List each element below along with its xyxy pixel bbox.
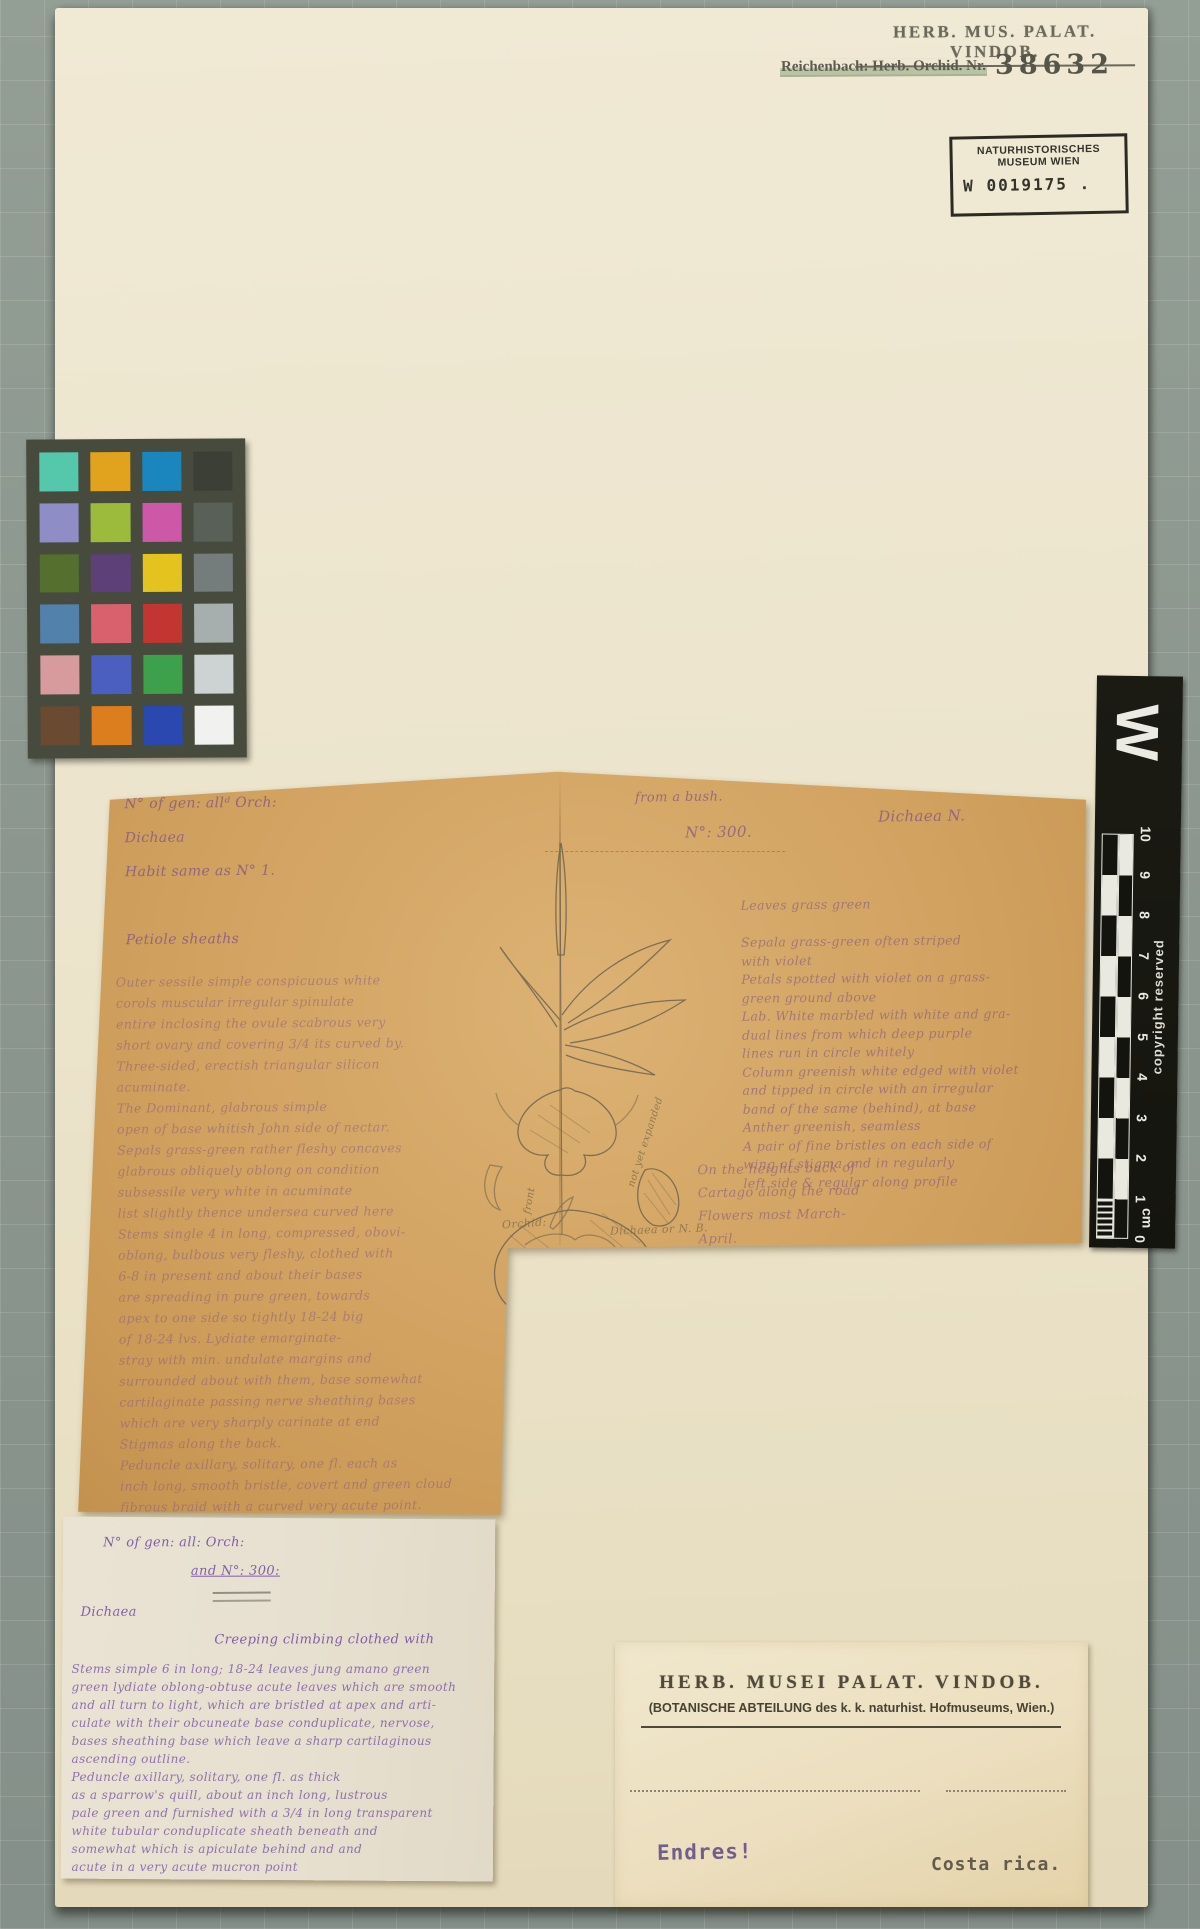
color-patch bbox=[39, 452, 78, 491]
tan-header-right: Dichaea N. bbox=[878, 806, 966, 825]
label-subtitle: (BOTANISCHE ABTEILUNG des k. k. naturhis… bbox=[622, 1700, 1081, 1715]
color-patch bbox=[143, 706, 182, 745]
handwriting-line: Habit same as N° 1. bbox=[125, 851, 545, 889]
tan-header-center-2: N°: 300. bbox=[685, 823, 752, 842]
handwriting-line: acute in a very acute mucron point bbox=[72, 1858, 488, 1876]
ruler-number: 6 bbox=[1135, 986, 1151, 1006]
ruler-mm-hatch bbox=[1096, 1198, 1114, 1238]
color-patch bbox=[91, 503, 130, 542]
color-patch bbox=[41, 706, 80, 745]
handwriting-line: Stems simple 6 in long; 18-24 leaves jun… bbox=[72, 1660, 488, 1678]
color-patch bbox=[142, 503, 181, 542]
color-patch bbox=[142, 553, 181, 592]
color-patch bbox=[143, 604, 182, 643]
handwriting-line: pale green and furnished with a 3/4 in l… bbox=[72, 1804, 488, 1822]
color-patch bbox=[91, 554, 130, 593]
ruler-number: 10 bbox=[1138, 824, 1154, 844]
pencil-underline bbox=[213, 1591, 271, 1602]
small-sheet-body: Stems simple 6 in long; 18-24 leaves jun… bbox=[72, 1660, 488, 1876]
handwriting-line: and all turn to light, which are bristle… bbox=[72, 1696, 488, 1714]
ruler-numbers: 109876543210 bbox=[1130, 826, 1156, 1246]
dotted-rule bbox=[545, 851, 785, 852]
small-sheet-header4: Creeping climbing clothed with bbox=[214, 1632, 434, 1647]
ruler-number: 8 bbox=[1137, 905, 1153, 925]
color-patch bbox=[40, 503, 79, 542]
color-patch bbox=[92, 706, 131, 745]
scale-ruler: W copyright reserved 109876543210 cm bbox=[1089, 675, 1183, 1248]
label-dotted-lines bbox=[630, 1780, 1070, 1792]
small-sheet-genus: Dichaea bbox=[81, 1605, 137, 1620]
dotted-segment bbox=[946, 1780, 1066, 1792]
color-patch bbox=[193, 451, 232, 490]
color-patch bbox=[92, 655, 131, 694]
collector-name: Endres! bbox=[657, 1839, 753, 1865]
handwriting-line bbox=[125, 885, 545, 923]
color-patch bbox=[193, 502, 232, 541]
tan-locality-note: On the heights back ofCartago along the … bbox=[697, 1155, 959, 1252]
color-patch bbox=[91, 605, 130, 644]
reichenbach-stamp: Reichenbach: Herb. Orchid. Nr.38632 bbox=[780, 49, 1160, 82]
color-patch bbox=[40, 605, 79, 644]
small-sheet-header2: and N°: 300: bbox=[191, 1564, 280, 1579]
color-patch bbox=[40, 656, 79, 695]
color-patch bbox=[142, 452, 181, 491]
small-sheet-header1: N° of gen: all: Orch: bbox=[103, 1535, 245, 1550]
color-checker-card bbox=[26, 438, 247, 758]
color-patch bbox=[90, 452, 129, 491]
photo-canvas: HERB. MUS. PALAT. VINDOB. Reichenbach: H… bbox=[0, 0, 1200, 1929]
ruler-number: 3 bbox=[1134, 1107, 1150, 1127]
field-note-sheet-wrap: N° of gen: allᵈ Orch:DichaeaHabit same a… bbox=[70, 765, 1090, 1520]
handwriting-line: Peduncle axillary, solitary, one fl. as … bbox=[72, 1768, 488, 1786]
label-title: HERB. MUSEI PALAT. VINDOB. bbox=[615, 1672, 1088, 1694]
locality-name: Costa rica. bbox=[931, 1854, 1061, 1875]
handwriting-line: culate with their obcuneate base condupl… bbox=[72, 1714, 488, 1732]
reichenbach-number: 38632 bbox=[995, 49, 1114, 81]
tan-header-left: N° of gen: allᵈ Orch:DichaeaHabit same a… bbox=[124, 783, 546, 957]
tan-right-column: Leaves grass green Sepala grass-green of… bbox=[740, 893, 1073, 1192]
handwriting-line: white tubular conduplicate sheath beneat… bbox=[72, 1822, 488, 1840]
color-patch bbox=[143, 655, 182, 694]
tan-header-center-1: from a bush. bbox=[635, 789, 723, 805]
ruler-number: 5 bbox=[1135, 1026, 1151, 1046]
handwriting-line: fibrous braid with a curved very acute p… bbox=[120, 1493, 500, 1517]
inventory-stamp: NATURHISTORISCHES MUSEUM WIEN W 0019175 … bbox=[949, 133, 1129, 216]
ruler-number: 9 bbox=[1137, 865, 1153, 885]
secondary-note-sheet: N° of gen: all: Orch: and N°: 300: Dicha… bbox=[61, 1516, 496, 1881]
ruler-number: 1 bbox=[1133, 1188, 1149, 1208]
ruler-letter: W bbox=[1102, 693, 1172, 772]
ruler-number: 7 bbox=[1136, 946, 1152, 966]
color-patch bbox=[194, 655, 233, 694]
ruler-number: 0 bbox=[1132, 1229, 1148, 1249]
color-patch bbox=[194, 553, 233, 592]
field-note-sheet: N° of gen: allᵈ Orch:DichaeaHabit same a… bbox=[70, 765, 1090, 1520]
tan-left-column: Outer sessile simple conspicuous whiteco… bbox=[116, 968, 501, 1517]
handwriting-line: green lydiate oblong-obtuse acute leaves… bbox=[72, 1678, 488, 1696]
handwriting-line: Petiole sheaths bbox=[126, 919, 546, 957]
handwriting-line: ascending outline. bbox=[72, 1750, 488, 1768]
label-rule bbox=[641, 1726, 1061, 1728]
handwriting-line: inch long, smooth bristle, covert and gr… bbox=[120, 1472, 500, 1496]
handwriting-line: Dichaea bbox=[124, 817, 544, 855]
color-patch bbox=[194, 706, 233, 745]
handwriting-line: as a sparrow's quill, about an inch long… bbox=[72, 1786, 488, 1804]
ruler-number: 2 bbox=[1133, 1148, 1149, 1168]
ruler-unit: cm bbox=[1139, 1208, 1155, 1228]
handwriting-line: April. bbox=[698, 1224, 958, 1252]
inventory-number: W 0019175 . bbox=[963, 173, 1125, 195]
institution-label: HERB. MUSEI PALAT. VINDOB. (BOTANISCHE A… bbox=[615, 1642, 1088, 1907]
reichenbach-stamp-text: Reichenbach: Herb. Orchid. Nr. bbox=[780, 58, 987, 77]
ruler-number: 4 bbox=[1134, 1067, 1150, 1087]
handwriting-line: N° of gen: allᵈ Orch: bbox=[124, 783, 544, 821]
dotted-segment bbox=[630, 1780, 920, 1792]
color-patch bbox=[194, 604, 233, 643]
handwriting-line: somewhat which is apiculate behind and a… bbox=[72, 1840, 488, 1858]
handwriting-line: bases sheathing base which leave a sharp… bbox=[72, 1732, 488, 1750]
color-patch bbox=[40, 554, 79, 593]
